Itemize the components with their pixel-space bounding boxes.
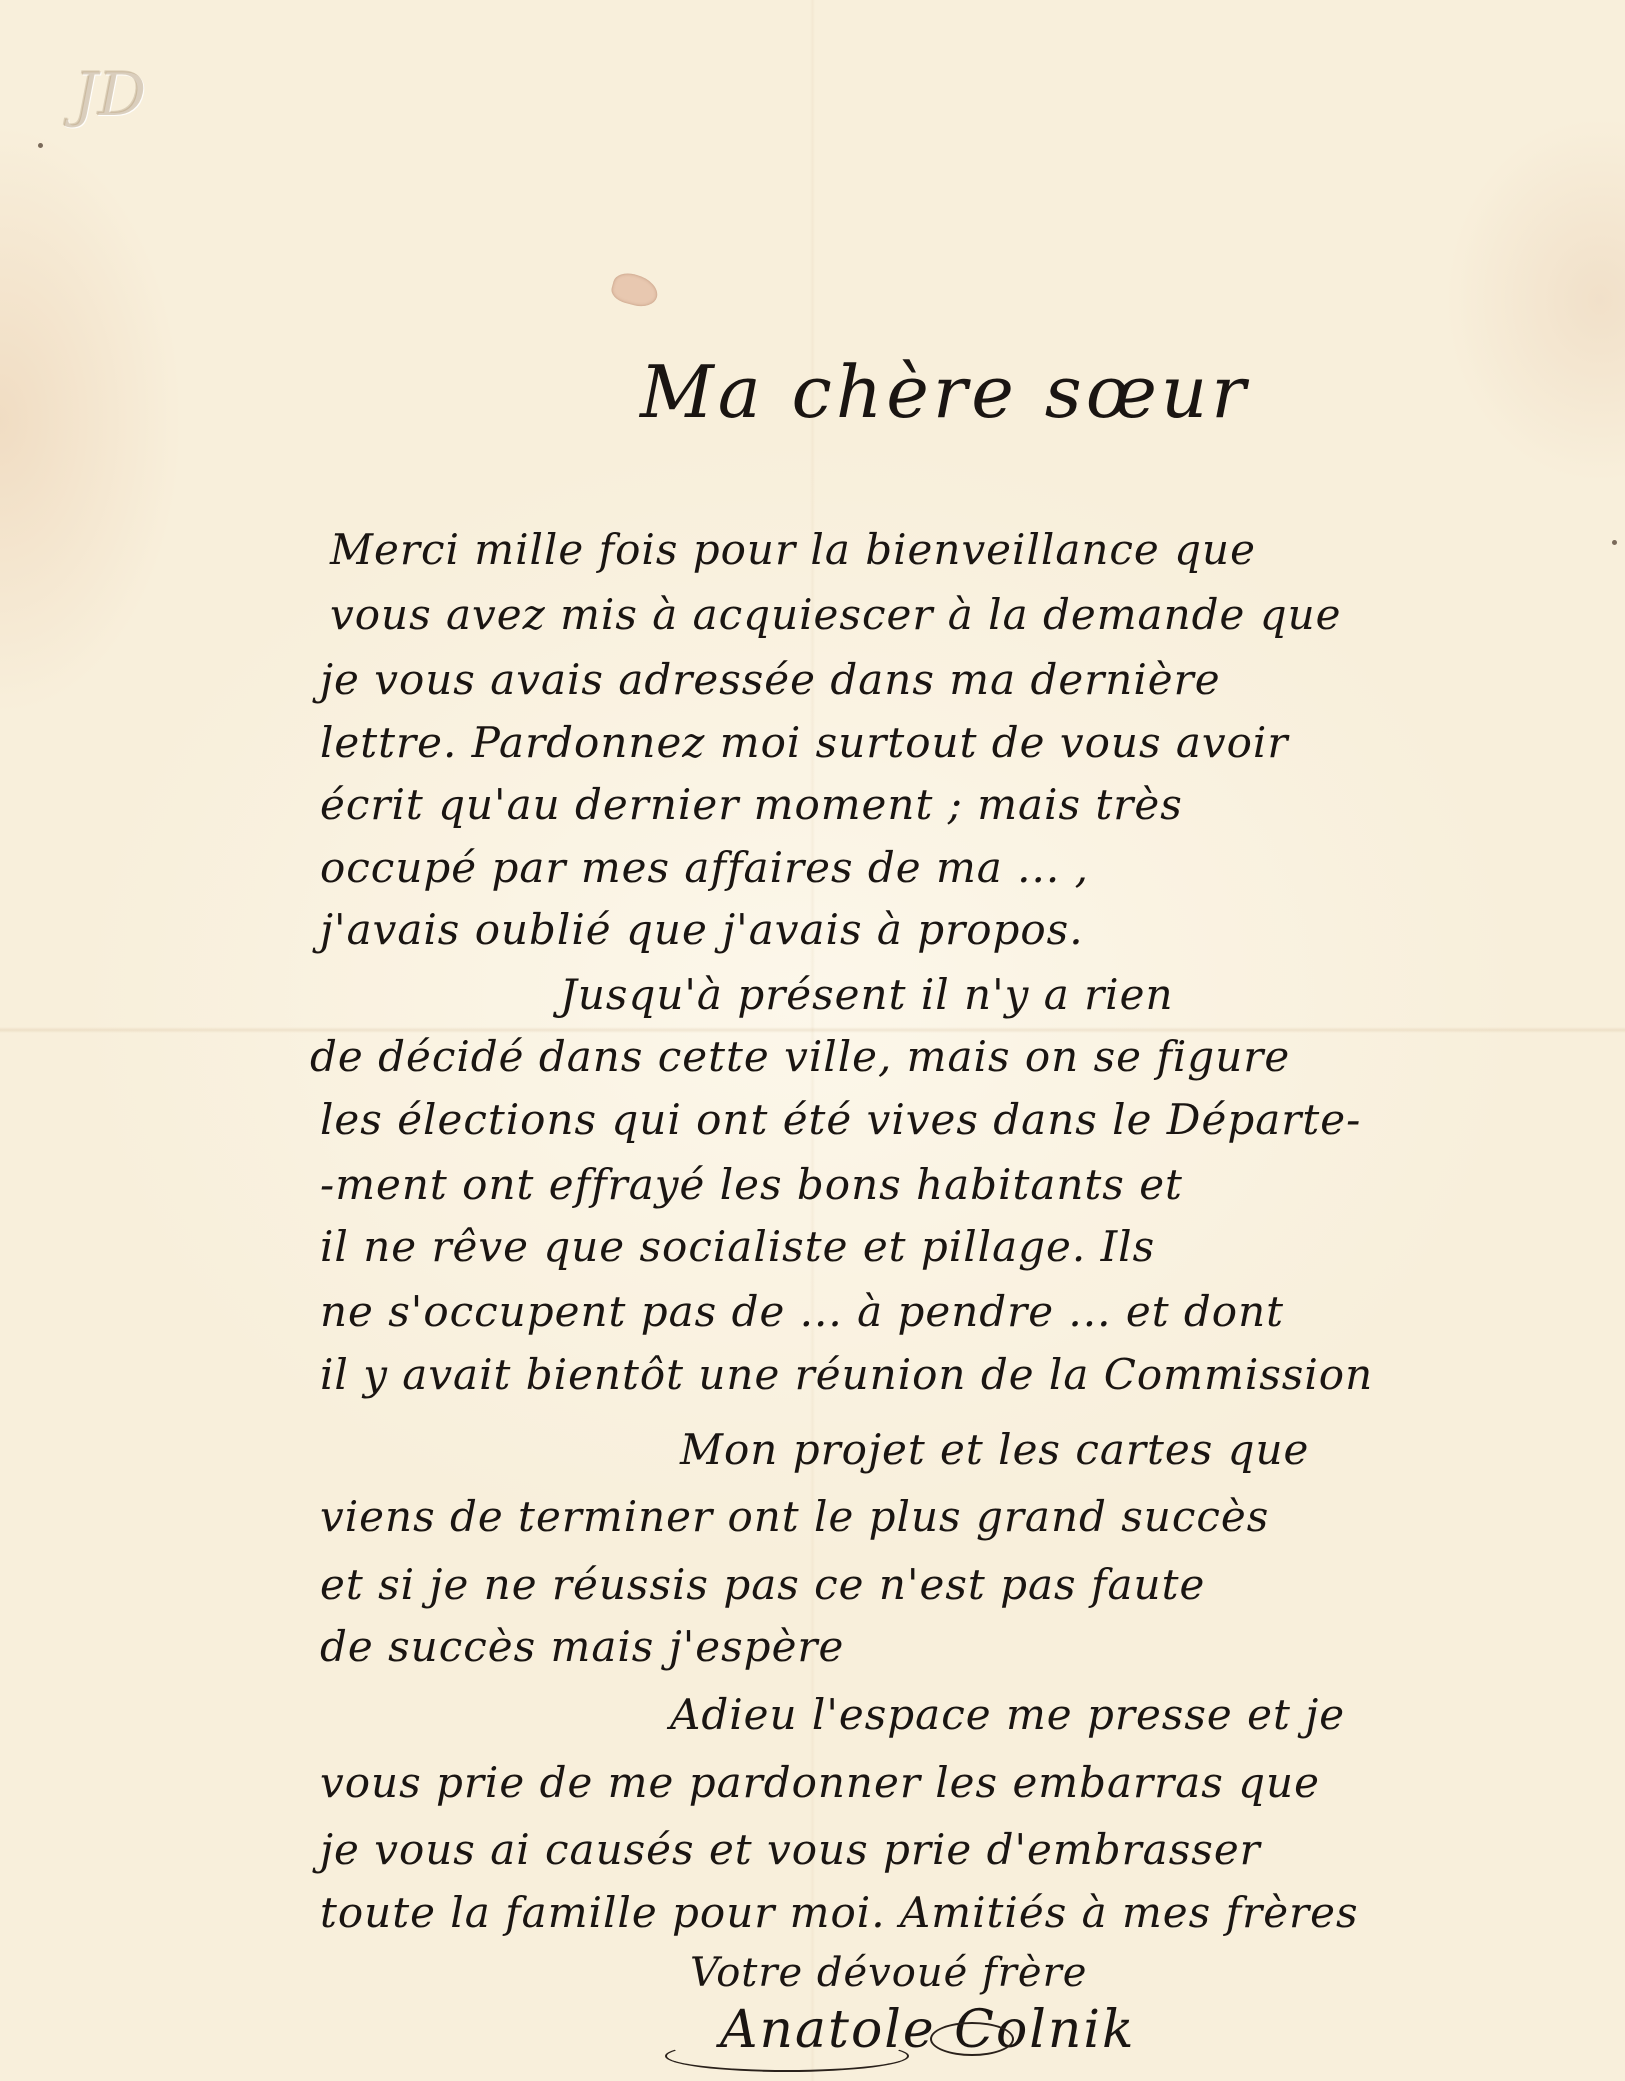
closing-line: Votre dévoué frère: [690, 1950, 1087, 1996]
letter-line: vous prie de me pardonner les embarras q…: [320, 1758, 1320, 1807]
letter-line: -ment ont effrayé les bons habitants et: [320, 1160, 1183, 1209]
letter-line: écrit qu'au dernier moment ; mais très: [320, 780, 1183, 829]
letter-line: viens de terminer ont le plus grand succ…: [320, 1492, 1269, 1541]
letter-line: j'avais oublié que j'avais à propos.: [320, 905, 1084, 954]
letter-line: ne s'occupent pas de ... à pendre ... et…: [320, 1287, 1284, 1336]
letter-line: il y avait bientôt une réunion de la Com…: [320, 1350, 1373, 1399]
ink-speck: [1612, 540, 1617, 545]
signature-flourish: [930, 2022, 1014, 2056]
letter-line: il ne rêve que socialiste et pillage. Il…: [320, 1222, 1155, 1271]
letter-line: lettre. Pardonnez moi surtout de vous av…: [320, 718, 1288, 767]
letter-line: vous avez mis à acquiescer à la demande …: [330, 590, 1342, 639]
letter-line: je vous avais adressée dans ma dernière: [320, 655, 1221, 704]
ink-speck: [38, 143, 43, 148]
letter-line: de décidé dans cette ville, mais on se f…: [310, 1032, 1290, 1081]
letter-line: je vous ai causés et vous prie d'embrass…: [320, 1825, 1261, 1874]
letter-line: les élections qui ont été vives dans le …: [320, 1095, 1361, 1144]
signature-flourish: [665, 2040, 909, 2072]
letter-line: Jusqu'à présent il n'y a rien: [560, 970, 1174, 1019]
letter-line: de succès mais j'espère: [320, 1622, 844, 1671]
letter-line: Merci mille fois pour la bienveillance q…: [330, 525, 1256, 574]
letter-line: toute la famille pour moi. Amitiés à mes…: [320, 1888, 1359, 1937]
letter-line: occupé par mes affaires de ma ... ,: [320, 843, 1089, 892]
letter-line: et si je ne réussis pas ce n'est pas fau…: [320, 1560, 1205, 1609]
salutation: Ma chère sœur: [640, 350, 1250, 434]
letter-line: Mon projet et les cartes que: [680, 1425, 1309, 1474]
letter-line: Adieu l'espace me presse et je: [670, 1690, 1345, 1739]
embossed-monogram-icon: JD: [55, 40, 165, 150]
